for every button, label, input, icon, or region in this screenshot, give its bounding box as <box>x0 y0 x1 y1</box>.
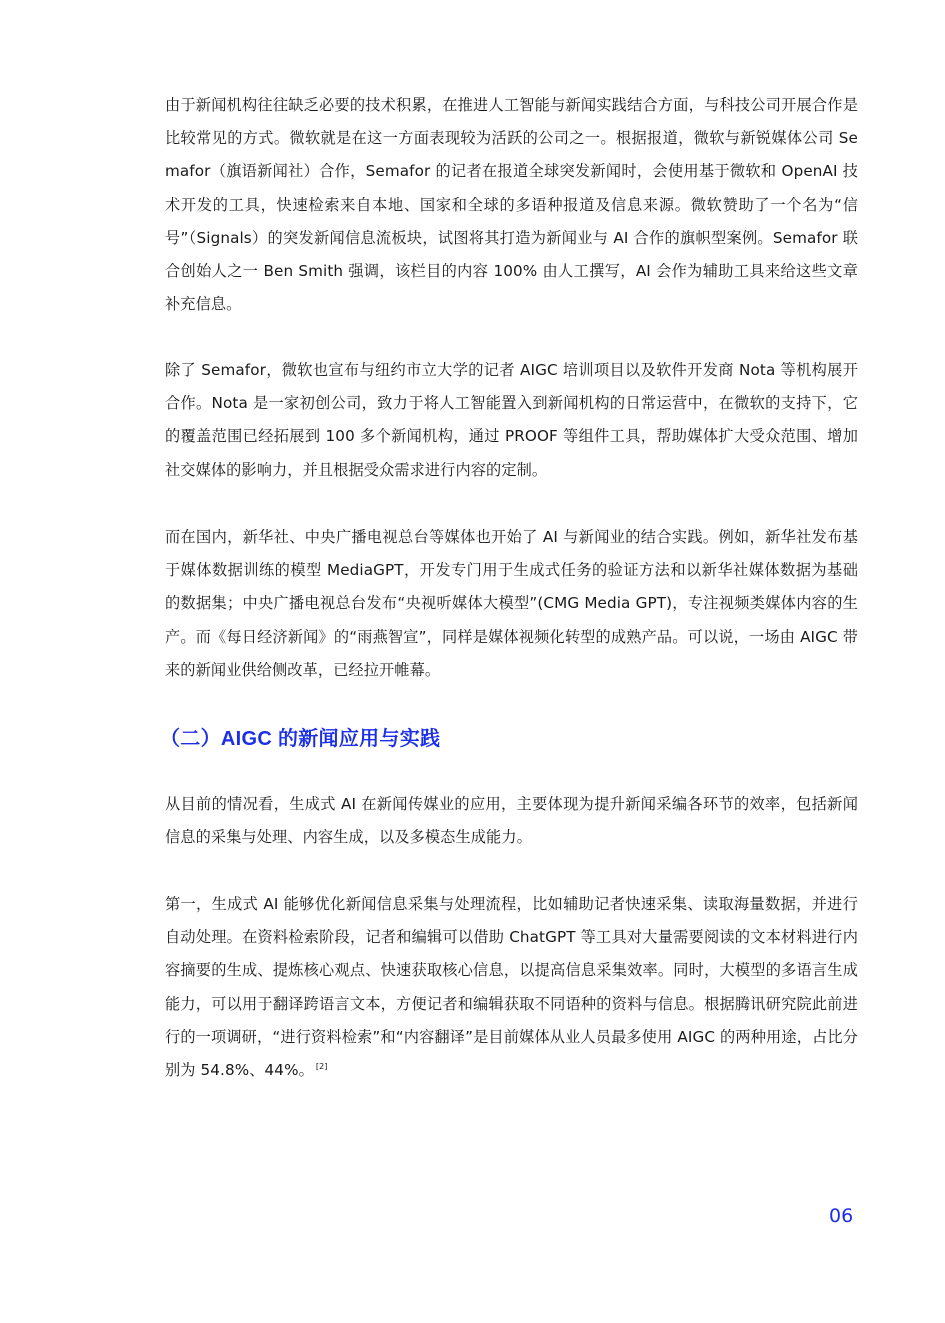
paragraph-microsoft-semafor: 由于新闻机构往往缺乏必要的技术积累，在推进人工智能与新闻实践结合方面，与科技公司… <box>165 89 858 321</box>
paragraph-overview: 从目前的情况看，生成式 AI 在新闻传媒业的应用，主要体现为提升新闻采编各环节的… <box>165 788 858 854</box>
paragraph-first-point: 第一，生成式 AI 能够优化新闻信息采集与处理流程，比如辅助记者快速采集、读取海… <box>165 888 858 1087</box>
paragraph-microsoft-nota: 除了 Semafor，微软也宣布与纽约市立大学的记者 AIGC 培训项目以及软件… <box>165 354 858 487</box>
page-number: 06 <box>829 1205 853 1227</box>
paragraph-first-point-text: 第一，生成式 AI 能够优化新闻信息采集与处理流程，比如辅助记者快速采集、读取海… <box>165 895 858 1079</box>
section-heading: （二）AIGC 的新闻应用与实践 <box>160 722 440 751</box>
paragraph-domestic-media: 而在国内，新华社、中央广播电视总台等媒体也开始了 AI 与新闻业的结合实践。例如… <box>165 521 858 687</box>
footnote-reference[interactable]: [2] <box>316 1062 328 1071</box>
document-page: 由于新闻机构往往缺乏必要的技术积累，在推进人工智能与新闻实践结合方面，与科技公司… <box>0 0 945 1323</box>
